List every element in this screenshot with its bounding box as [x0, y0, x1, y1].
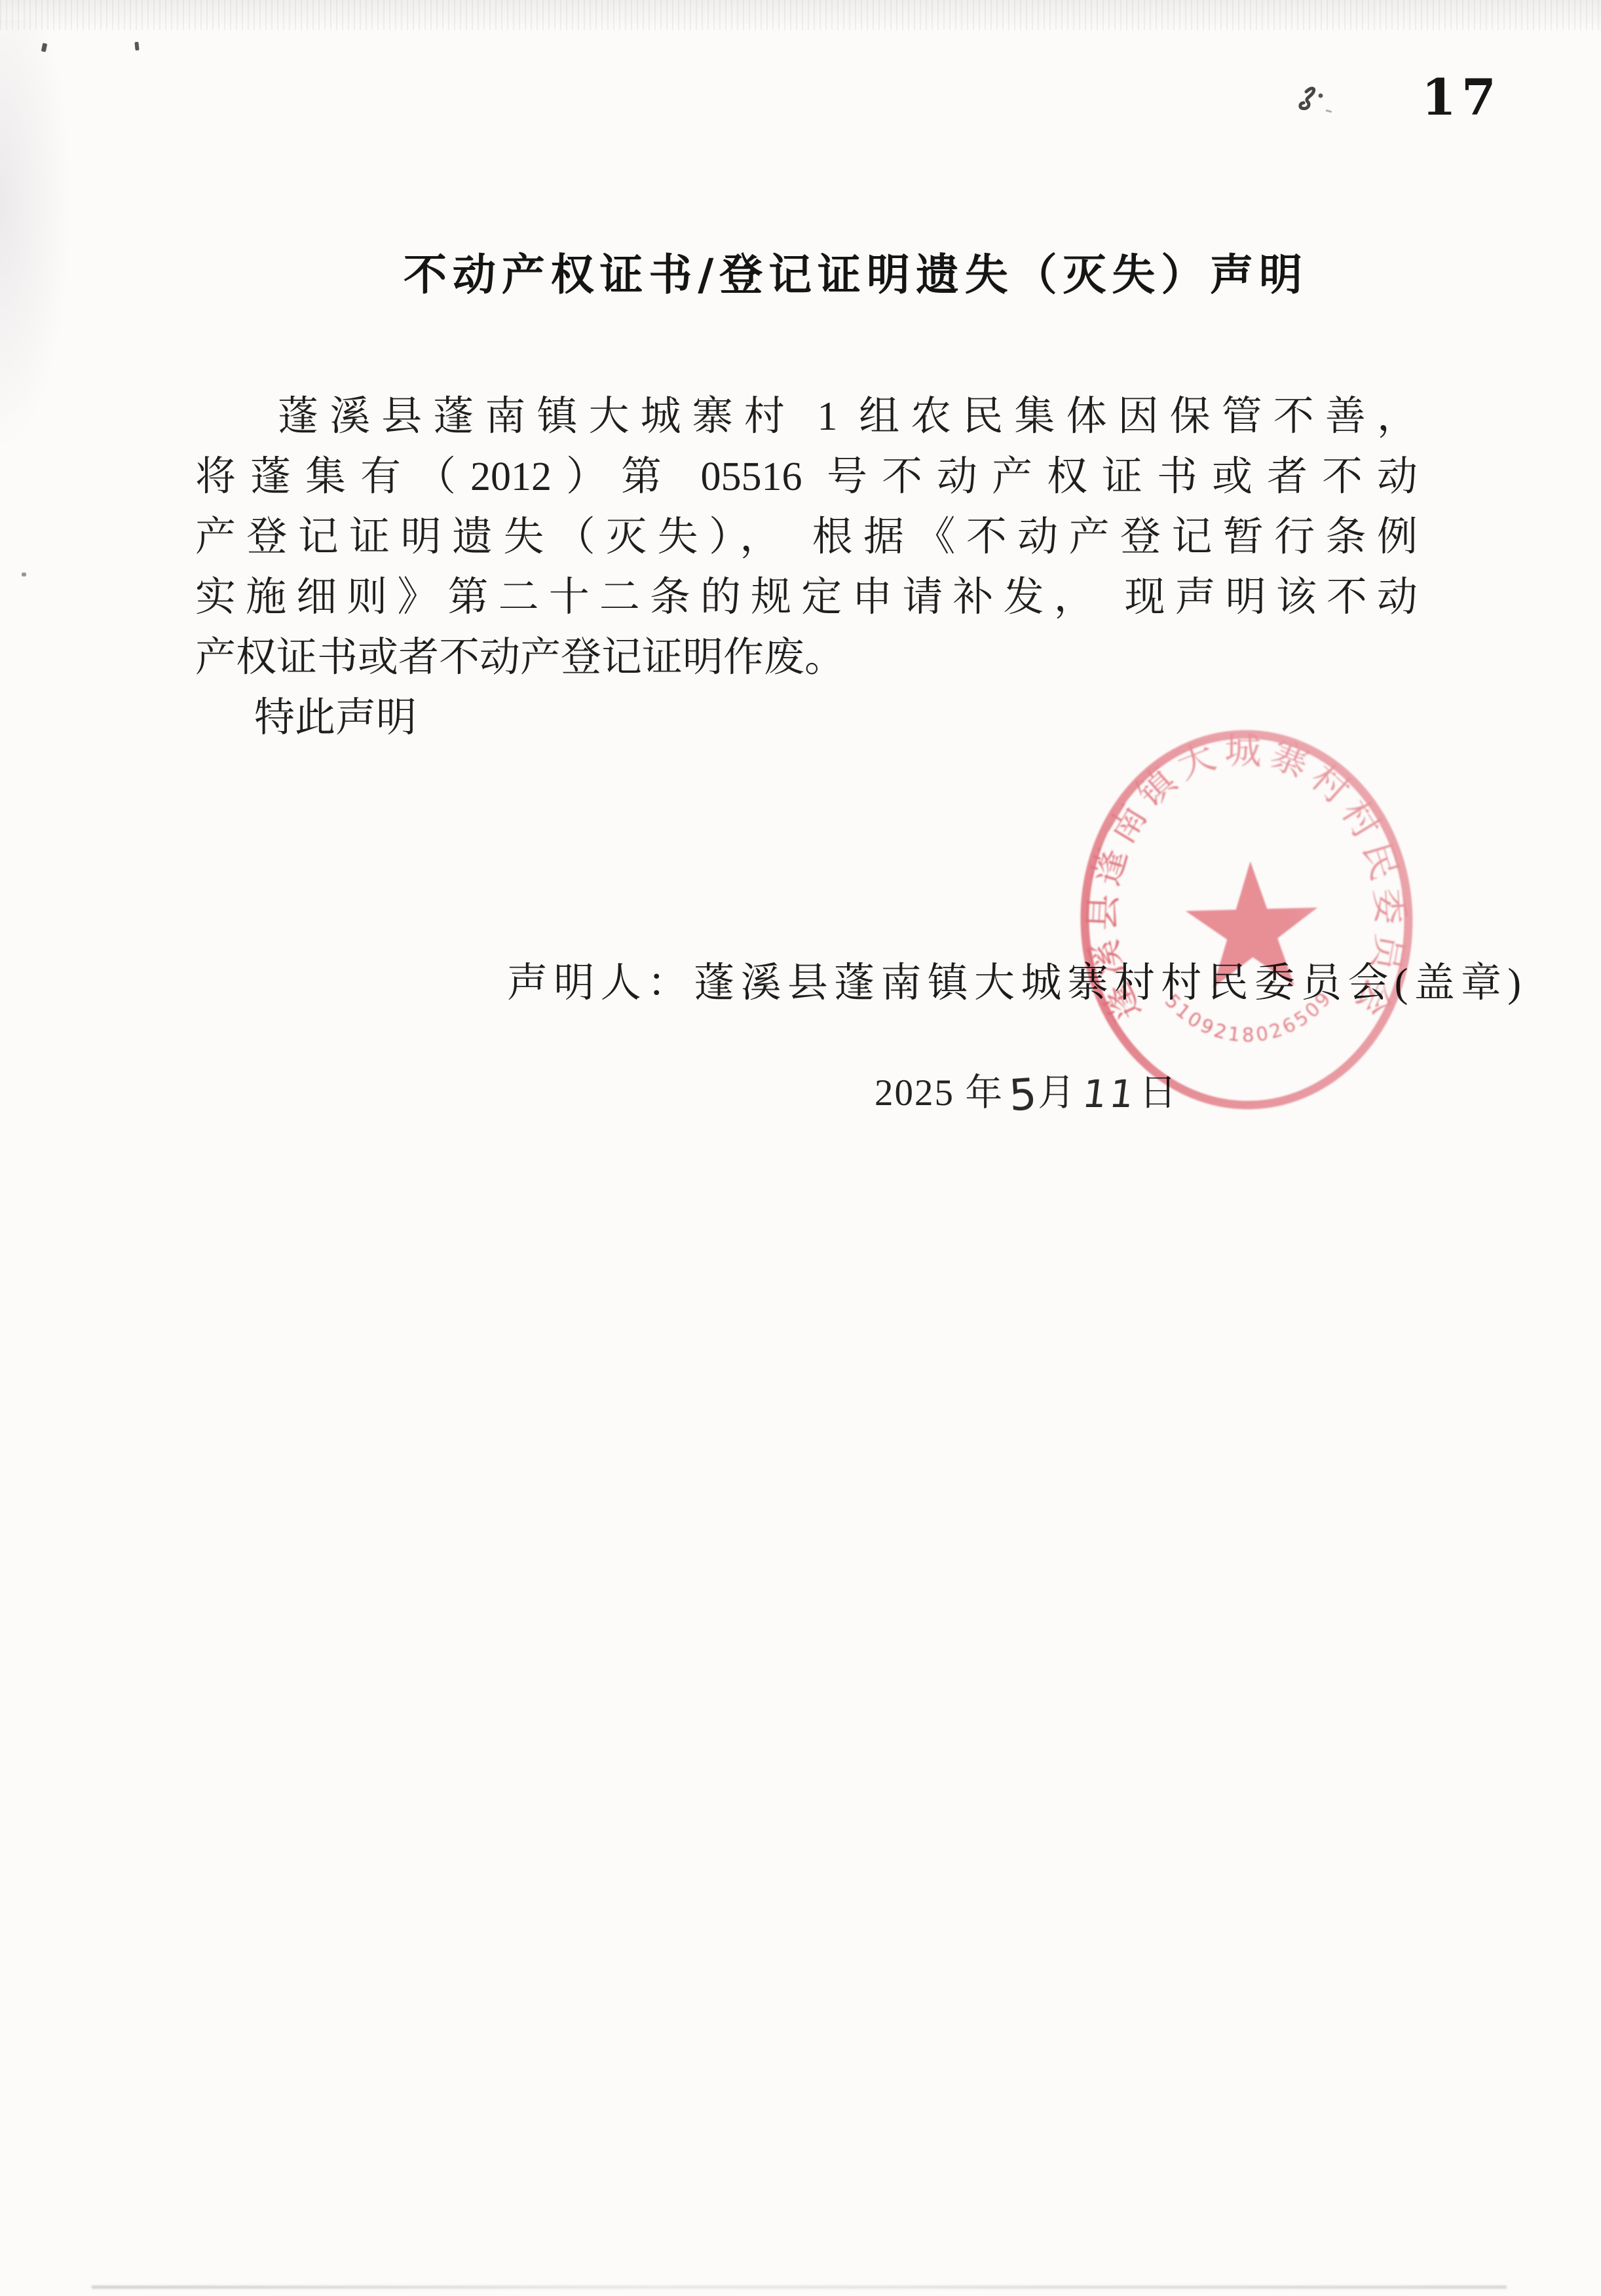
ink-speck [41, 43, 48, 52]
ink-blot-mark [1292, 81, 1335, 124]
body-line-1: 蓬溪县蓬南镇大城寨村 1 组农民集体因保管不善， [195, 386, 1418, 447]
seal-code-text: 5109218026509 [1160, 985, 1338, 1048]
official-seal-stamp: 蓬溪县蓬南镇大城寨村村民委员会 5109218026509 [1072, 720, 1421, 1121]
body-line-4: 实施细则》第二十二条的规定申请补发， 现声明该不动 [195, 567, 1418, 628]
date-month-label: 月 [1038, 1063, 1076, 1116]
body-line-5: 产权证书或者不动产登记证明作废。 [195, 628, 1418, 688]
page-number: 17 [1422, 68, 1501, 126]
date-month-handwritten: 5 [1008, 1069, 1038, 1121]
body-line-2: 将蓬集有（2012）第 05516 号不动产权证书或者不动 [195, 447, 1418, 507]
body-line-3: 产登记证明遗失（灭失）， 根据《不动产登记暂行条例 [195, 507, 1418, 567]
scan-smudge [0, 20, 111, 675]
ink-speck [22, 573, 26, 576]
scan-noise-band [0, 0, 1601, 30]
ink-speck [134, 42, 139, 51]
scanned-document-page: 17 不动产权证书/登记证明遗失（灭失）声明 蓬溪县蓬南镇大城寨村 1 组农民集… [0, 0, 1601, 2296]
declaration-body: 蓬溪县蓬南镇大城寨村 1 组农民集体因保管不善， 将蓬集有（2012）第 055… [195, 386, 1418, 748]
document-title: 不动产权证书/登记证明遗失（灭失）声明 [404, 249, 1302, 301]
date-year: 2025 年 [875, 1063, 1004, 1116]
scan-edge-line [92, 2286, 1507, 2289]
seal-star-icon [1184, 859, 1320, 988]
